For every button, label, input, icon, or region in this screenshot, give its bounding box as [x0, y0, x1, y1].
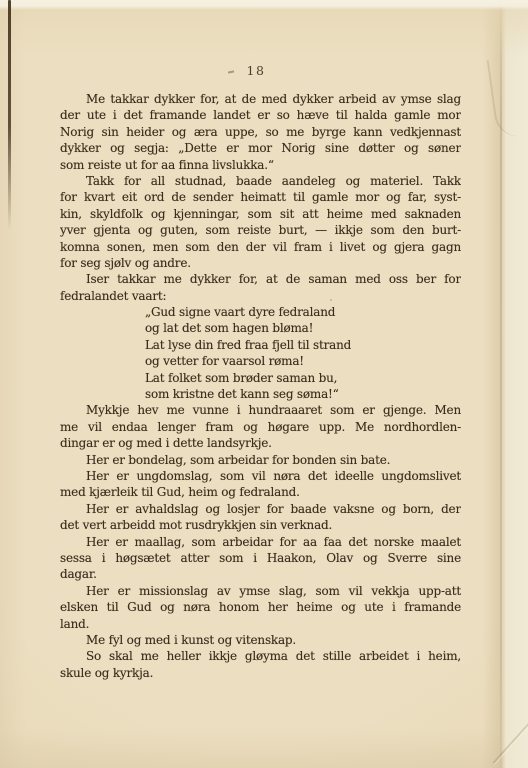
text-line: Takk for all studnad, baade aandeleg og …: [60, 173, 461, 189]
body-paragraph: Takk for all studnad, baade aandeleg og …: [60, 173, 461, 271]
text-line: dykker og segja: „Dette er mor Norig sin…: [60, 140, 461, 156]
verse-paragraph: „Gud signe vaart dyre fedralandog lat de…: [60, 304, 461, 402]
page-number: 18: [60, 63, 452, 78]
text-line: for kvart eit ord de sender heimatt til …: [60, 189, 461, 205]
text-line: Iser takkar me dykker for, at de saman m…: [60, 271, 461, 287]
text-block: Me takkar dykker for, at de med dykker a…: [60, 91, 461, 681]
text-line: yver gjenta og guten, som reiste burt, —…: [60, 222, 461, 238]
text-line: Her er ungdomslag, som vil nøra det idee…: [60, 468, 461, 484]
body-paragraph: Her er ungdomslag, som vil nøra det idee…: [60, 468, 461, 501]
body-paragraph: Her er avhaldslag og losjer for baade va…: [60, 501, 461, 534]
right-edge-crease-curve: [487, 57, 522, 140]
text-line: som kristne det kann seg søma!“: [60, 386, 461, 402]
body-paragraph: Me fyl og med i kunst og vitenskap.: [60, 632, 461, 648]
body-paragraph: Her er bondelag, som arbeidar for bonden…: [60, 452, 461, 468]
text-line: land.: [60, 616, 461, 632]
text-line: „Gud signe vaart dyre fedraland: [60, 304, 461, 320]
text-line: sessa i høgsætet atter som i Haakon, Ola…: [60, 550, 461, 566]
text-line: Lat folket som brøder saman bu,: [60, 370, 461, 386]
body-paragraph: Me takkar dykker for, at de med dykker a…: [60, 91, 461, 173]
text-line: Norig sin heider og æra uppe, so me byrg…: [60, 124, 461, 140]
body-paragraph: Her er maallag, som arbeidar for aa faa …: [60, 534, 461, 583]
body-paragraph: Iser takkar me dykker for, at de saman m…: [60, 271, 461, 304]
text-line: me vil endaa lenger fram og høgare upp. …: [60, 419, 461, 435]
text-line: elsken til Gud og nøra honom her heime o…: [60, 599, 461, 615]
text-line: fedralandet vaart:: [60, 288, 461, 304]
text-line: dingar er og med i dette landsyrkje.: [60, 435, 461, 451]
text-line: Her er missionslag av ymse slag, som vil…: [60, 583, 461, 599]
text-line: kin, skyldfolk og kjenningar, som sit at…: [60, 206, 461, 222]
text-line: komna sonen, men som den der vil fram i …: [60, 239, 461, 255]
text-line: Me fyl og med i kunst og vitenskap.: [60, 632, 461, 648]
scanned-book-page: 18 Me takkar dykker for, at de med dykke…: [0, 0, 528, 768]
text-line: dagar.: [60, 566, 461, 582]
text-line: So skal me heller ikkje gløyma det still…: [60, 648, 461, 664]
body-paragraph: So skal me heller ikkje gløyma det still…: [60, 648, 461, 681]
text-line: som reiste ut for aa finna livslukka.“: [60, 157, 461, 173]
text-line: og vetter for vaarsol røma!: [60, 353, 461, 369]
body-paragraph: Mykkje hev me vunne i hundraaaret som er…: [60, 402, 461, 451]
text-line: Her er bondelag, som arbeidar for bonden…: [60, 452, 461, 468]
text-line: Her er avhaldslag og losjer for baade va…: [60, 501, 461, 517]
body-paragraph: Her er missionslag av ymse slag, som vil…: [60, 583, 461, 632]
text-line: og lat det som hagen bløma!: [60, 320, 461, 336]
text-line: med kjærleik til Gud, heim og fedraland.: [60, 484, 461, 500]
text-line: det vert arbeidd mot rusdrykkjen sin ver…: [60, 517, 461, 533]
bottom-right-corner-crease: [492, 694, 528, 764]
text-line: Mykkje hev me vunne i hundraaaret som er…: [60, 402, 461, 418]
text-line: skule og kyrkja.: [60, 665, 461, 681]
text-line: Lat lyse din fred fraa fjell til strand: [60, 337, 461, 353]
text-line: Her er maallag, som arbeidar for aa faa …: [60, 534, 461, 550]
text-line: Me takkar dykker for, at de med dykker a…: [60, 91, 461, 107]
text-line: der ute i det framande landet er so hæve…: [60, 107, 461, 123]
binding-gutter-shadow: [8, 0, 11, 230]
text-line: for seg sjølv og andre.: [60, 255, 461, 271]
